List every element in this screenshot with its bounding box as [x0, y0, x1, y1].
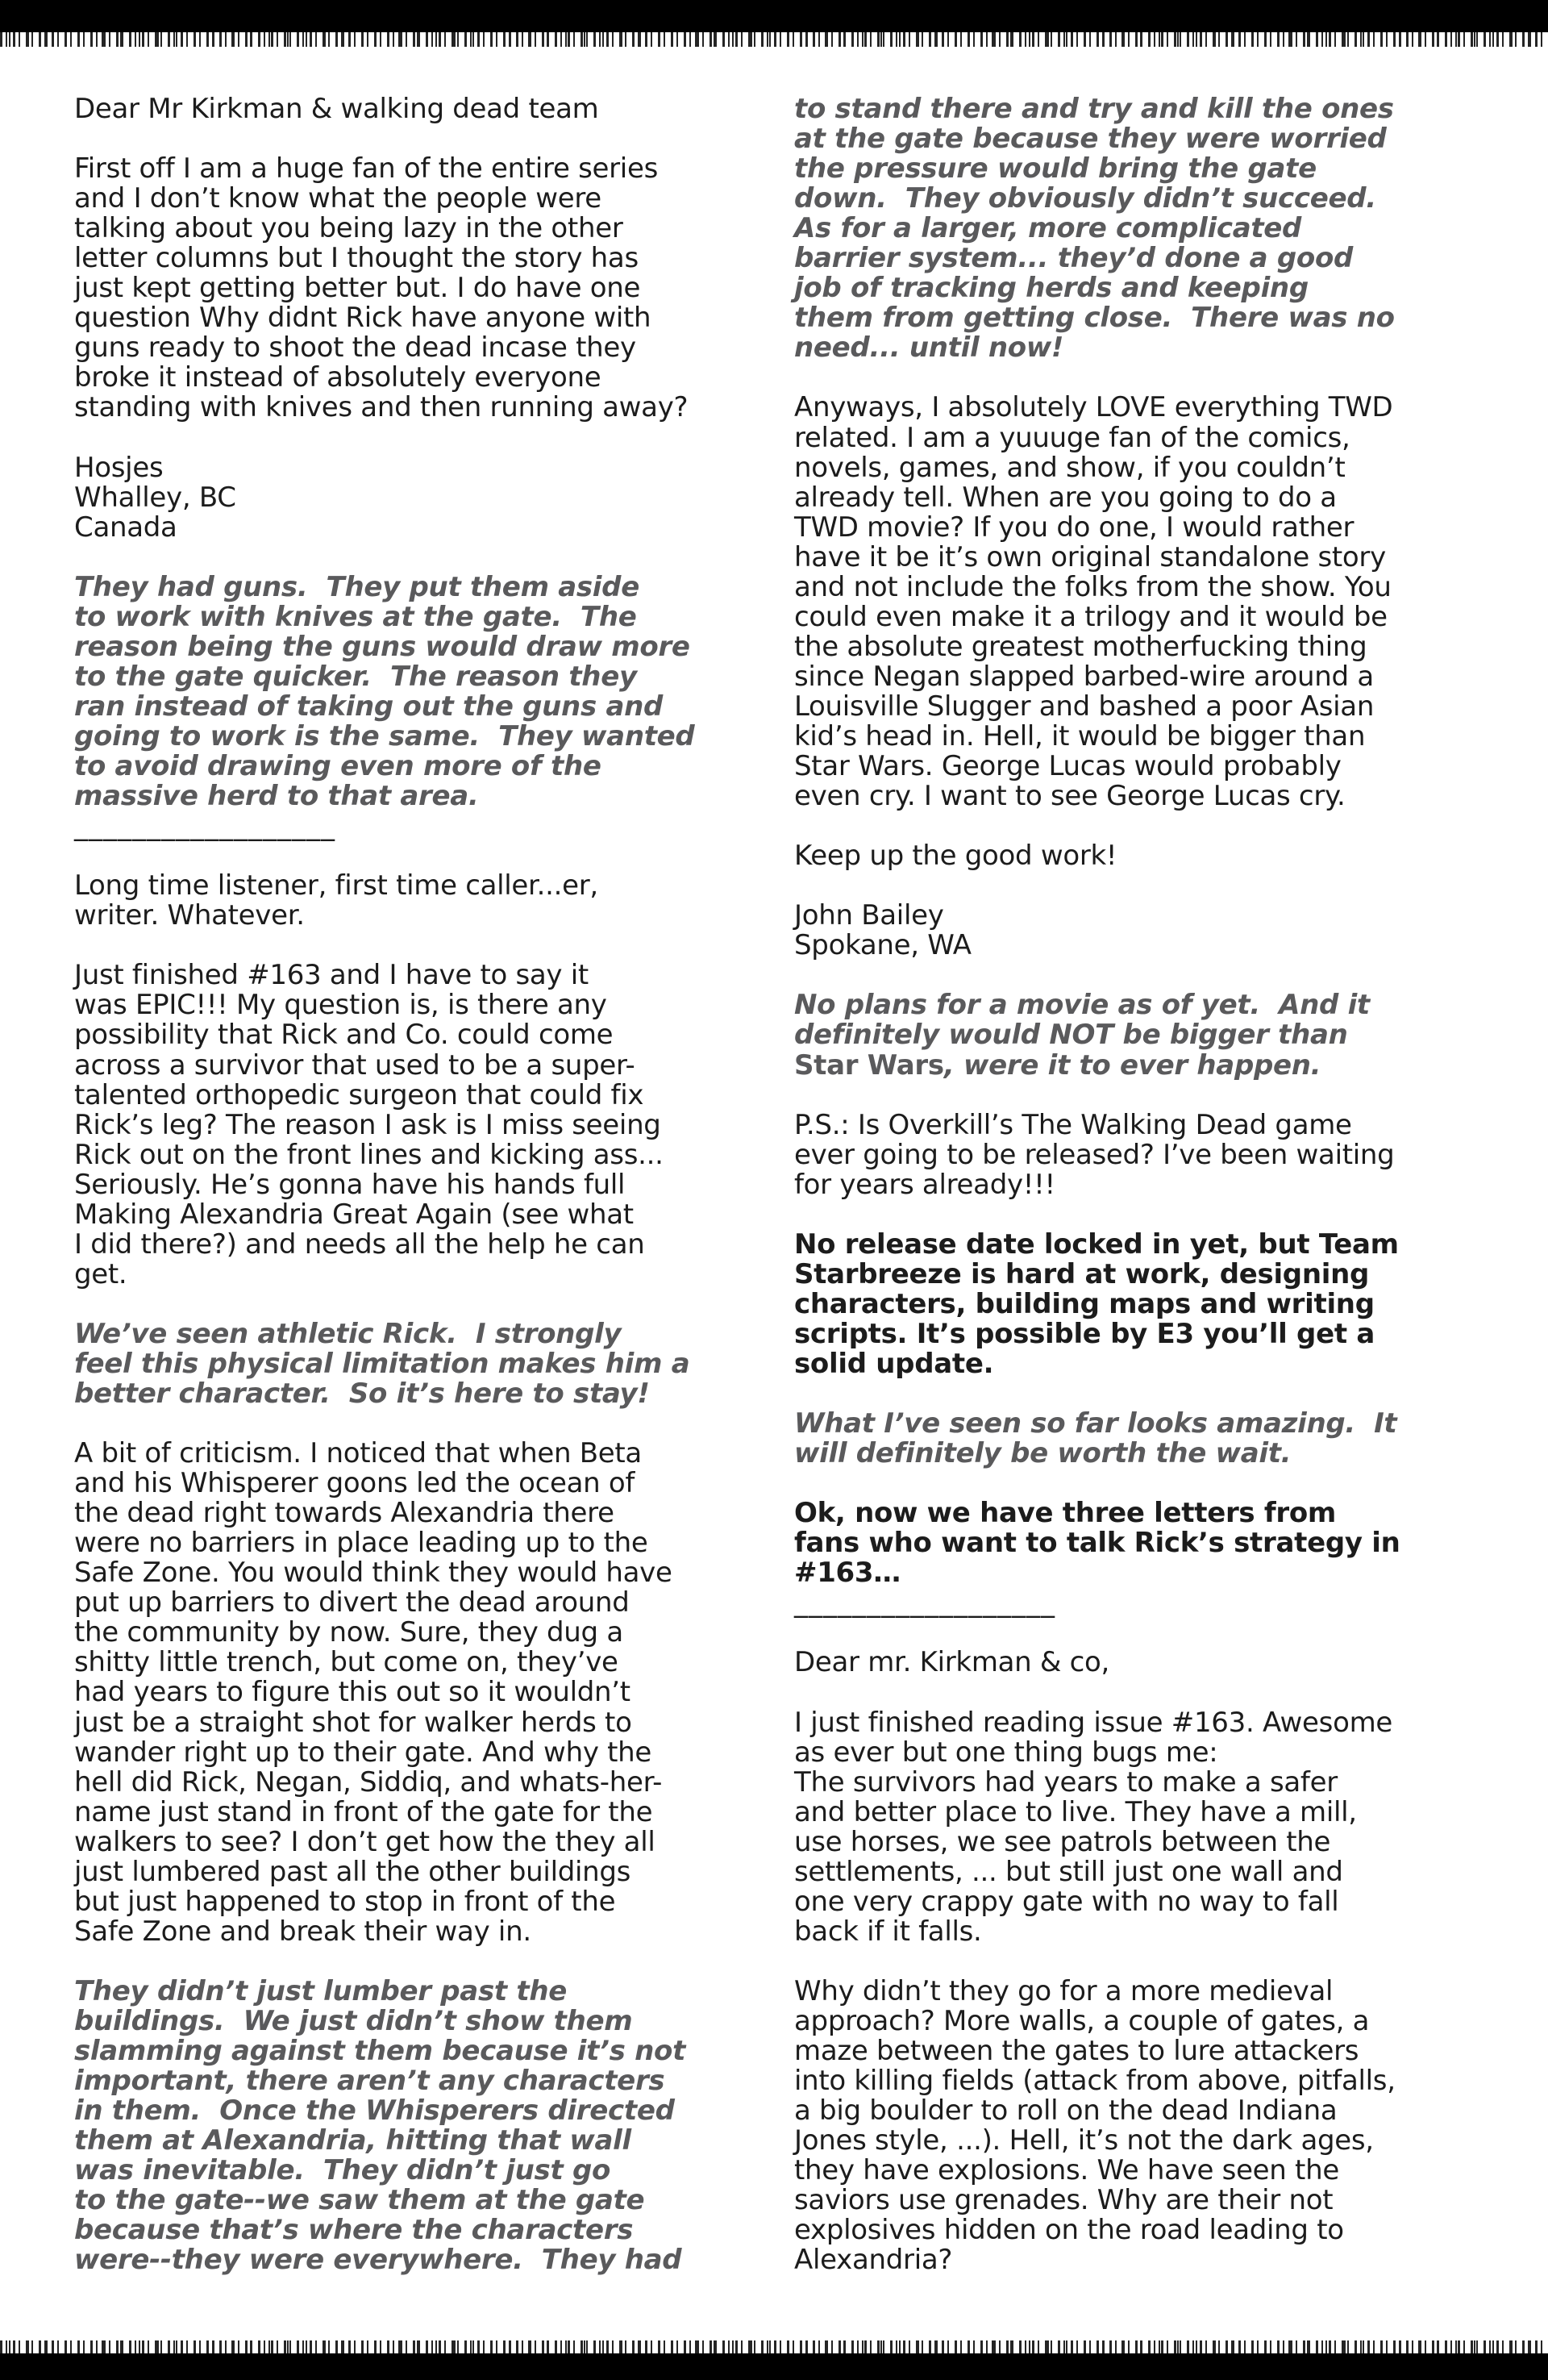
text-line: The survivors had years to make a safer — [794, 1768, 1504, 1798]
text-line: Anyways, I absolutely LOVE everything TW… — [794, 393, 1504, 423]
text-line: back if it falls. — [794, 1917, 1504, 1947]
text-line: writer. Whatever. — [74, 901, 784, 931]
text-line: the dead right towards Alexandria there — [74, 1498, 784, 1528]
text-line: settlements, ... but still just one wall… — [794, 1857, 1504, 1887]
text-line: No release date locked in yet, but Team — [794, 1230, 1504, 1260]
text-line: and not include the folks from the show.… — [794, 573, 1504, 602]
text-line: #163… — [794, 1558, 1504, 1588]
editor-reply-bold: No release date locked in yet, but Team … — [794, 1230, 1504, 1379]
text-line: Rick out on the front lines and kicking … — [74, 1140, 784, 1170]
rough-border-bottom — [0, 2353, 1548, 2380]
text-line: have it be it’s own original standalone … — [794, 543, 1504, 573]
text-line: standing with knives and then running aw… — [74, 393, 784, 423]
editor-reply: They had guns. They put them aside to wo… — [74, 573, 784, 811]
text-line: them at Alexandria, hitting that wall — [74, 2126, 784, 2156]
text-line: explosives hidden on the road leading to — [794, 2215, 1504, 2245]
text-line: characters, building maps and writing — [794, 1290, 1504, 1319]
text-line: approach? More walls, a couple of gates,… — [794, 2007, 1504, 2036]
text-line: Why didn’t they go for a more medieval — [794, 1977, 1504, 2007]
letter-body: Just finished #163 and I have to say it … — [74, 961, 784, 1290]
editor-reply: We’ve seen athletic Rick. I strongly fee… — [74, 1319, 784, 1409]
text-line: were no barriers in place leading up to … — [74, 1528, 784, 1558]
text-line: broke it instead of absolutely everyone — [74, 363, 784, 393]
text-line: job of tracking herds and keeping — [794, 273, 1504, 303]
separator-line: __________________ — [74, 811, 784, 841]
letter-body: I just finished reading issue #163. Awes… — [794, 1708, 1504, 1947]
text-line: and his Whisperer goons led the ocean of — [74, 1469, 784, 1498]
text-line: to the gate--we saw them at the gate — [74, 2186, 784, 2215]
signature-city: Whalley, BC — [74, 483, 784, 513]
text-line: but just happened to stop in front of th… — [74, 1887, 784, 1917]
text-line: already tell. When are you going to do a — [794, 483, 1504, 513]
editor-reply: No plans for a movie as of yet. And it d… — [794, 990, 1504, 1080]
text-line: and better place to live. They have a mi… — [794, 1798, 1504, 1828]
letter-body: A bit of criticism. I noticed that when … — [74, 1439, 784, 1947]
text-line: could even make it a trilogy and it woul… — [794, 602, 1504, 632]
text-line: related. I am a yuuuge fan of the comics… — [794, 423, 1504, 453]
text-line: fans who want to talk Rick’s strategy in — [794, 1528, 1504, 1558]
text-line: to work with knives at the gate. The — [74, 602, 784, 632]
text-line: Long time listener, first time caller...… — [74, 871, 784, 901]
star-wars-text: Star Wars — [794, 1049, 944, 1082]
text-line: wander right up to their gate. And why t… — [74, 1738, 784, 1768]
text-line: massive herd to that area. — [74, 782, 784, 811]
text-line: talented orthopedic surgeon that could f… — [74, 1081, 784, 1111]
signature-city: Spokane, WA — [794, 931, 1504, 961]
text-line: down. They obviously didn’t succeed. — [794, 184, 1504, 214]
text-line: guns ready to shoot the dead incase they — [74, 333, 784, 363]
text-line: even cry. I want to see George Lucas cry… — [794, 782, 1504, 811]
text-line: Louisville Slugger and bashed a poor Asi… — [794, 692, 1504, 722]
text-line: into killing fields (attack from above, … — [794, 2066, 1504, 2096]
text-line: the pressure would bring the gate — [794, 154, 1504, 184]
signature-name: Hosjes — [74, 453, 784, 483]
text-line: letter columns but I thought the story h… — [74, 244, 784, 273]
right-column: to stand there and try and kill the ones… — [794, 94, 1504, 2275]
text-line: a big boulder to roll on the dead Indian… — [794, 2096, 1504, 2126]
text-line: slamming against them because it’s not — [74, 2036, 784, 2066]
text-line: reason being the guns would draw more — [74, 632, 784, 662]
rough-border-top — [0, 0, 1548, 32]
text-line: question Why didnt Rick have anyone with — [74, 303, 784, 333]
signature-name: John Bailey — [794, 901, 1504, 931]
text-line: going to work is the same. They wanted — [74, 722, 784, 752]
text-line: ran instead of taking out the guns and — [74, 692, 784, 722]
section-intro: Ok, now we have three letters from fans … — [794, 1498, 1504, 1588]
text-line: Alexandria? — [794, 2245, 1504, 2275]
text-line: I just finished reading issue #163. Awes… — [794, 1708, 1504, 1738]
text-line: as ever but one thing bugs me: — [794, 1738, 1504, 1768]
text-line: Star Wars, were it to ever happen. — [794, 1051, 1504, 1081]
text-line: just be a straight shot for walker herds… — [74, 1708, 784, 1738]
letter-intro: Long time listener, first time caller...… — [74, 871, 784, 931]
text-line: They didn’t just lumber past the — [74, 1977, 784, 2007]
editor-reply: They didn’t just lumber past the buildin… — [74, 1977, 784, 2275]
text-line: was EPIC!!! My question is, is there any — [74, 990, 784, 1020]
text-line: What I’ve seen so far looks amazing. It — [794, 1409, 1504, 1439]
text-line: novels, games, and show, if you couldn’t — [794, 453, 1504, 483]
text-line: better character. So it’s here to stay! — [74, 1379, 784, 1409]
text-line: Jones style, ...). Hell, it’s not the da… — [794, 2126, 1504, 2156]
text-line: and I don’t know what the people were — [74, 184, 784, 214]
text-line: Star Wars. George Lucas would probably — [794, 752, 1504, 782]
text-line: buildings. We just didn’t show them — [74, 2007, 784, 2036]
text-line: First off I am a huge fan of the entire … — [74, 154, 784, 184]
letter-body: Anyways, I absolutely LOVE everything TW… — [794, 393, 1504, 811]
text-line: just kept getting better but. I do have … — [74, 273, 784, 303]
text-line: was inevitable. They didn’t just go — [74, 2156, 784, 2186]
text-line: to the gate quicker. The reason they — [74, 662, 784, 692]
text-line: feel this physical limitation makes him … — [74, 1349, 784, 1379]
text-line: They had guns. They put them aside — [74, 573, 784, 602]
text-line: We’ve seen athletic Rick. I strongly — [74, 1319, 784, 1349]
text-line: Seriously. He’s gonna have his hands ful… — [74, 1170, 784, 1200]
text-line: one very crappy gate with no way to fall — [794, 1887, 1504, 1917]
text-line: the community by now. Sure, they dug a — [74, 1618, 784, 1648]
letter-postscript: P.S.: Is Overkill’s The Walking Dead gam… — [794, 1111, 1504, 1200]
text-line: since Negan slapped barbed-wire around a — [794, 662, 1504, 692]
text-line: TWD movie? If you do one, I would rather — [794, 513, 1504, 543]
text-line: solid update. — [794, 1349, 1504, 1379]
text-line: will definitely be worth the wait. — [794, 1439, 1504, 1469]
text-line: get. — [74, 1260, 784, 1290]
text-line: in them. Once the Whisperers directed — [74, 2096, 784, 2126]
text-line: I did there?) and needs all the help he … — [74, 1230, 784, 1260]
text-line: to avoid drawing even more of the — [74, 752, 784, 782]
text-line: Safe Zone and break their way in. — [74, 1917, 784, 1947]
text-line: ever going to be released? I’ve been wai… — [794, 1140, 1504, 1170]
text-line: the absolute greatest motherfucking thin… — [794, 632, 1504, 662]
text-line: As for a larger, more complicated — [794, 214, 1504, 244]
text-line: talking about you being lazy in the othe… — [74, 214, 784, 244]
text-line: possibility that Rick and Co. could come — [74, 1020, 784, 1050]
text-line: put up barriers to divert the dead aroun… — [74, 1588, 784, 1618]
letter-greeting: Dear Mr Kirkman & walking dead team — [74, 94, 784, 124]
text-line: No plans for a movie as of yet. And it — [794, 990, 1504, 1020]
text-line: Ok, now we have three letters from — [794, 1498, 1504, 1528]
text-line: across a survivor that used to be a supe… — [74, 1051, 784, 1081]
text-line: Rick’s leg? The reason I ask is I miss s… — [74, 1111, 784, 1140]
left-column: Dear Mr Kirkman & walking dead team Firs… — [74, 94, 784, 2275]
editor-reply-continued: to stand there and try and kill the ones… — [794, 94, 1504, 363]
text-line: need... until now! — [794, 333, 1504, 363]
text-line: Just finished #163 and I have to say it — [74, 961, 784, 990]
text-line: to stand there and try and kill the ones — [794, 94, 1504, 124]
letter-greeting: Dear mr. Kirkman & co, — [794, 1648, 1504, 1678]
text-line: saviors use grenades. Why are their not — [794, 2186, 1504, 2215]
text-line: important, there aren’t any characters — [74, 2066, 784, 2096]
text-line: Starbreeze is hard at work, designing — [794, 1260, 1504, 1290]
text-line: them from getting close. There was no — [794, 303, 1504, 333]
text-line: kid’s head in. Hell, it would be bigger … — [794, 722, 1504, 752]
separator-line: __________________ — [794, 1588, 1504, 1618]
editor-reply: What I’ve seen so far looks amazing. It … — [794, 1409, 1504, 1469]
text-line: walkers to see? I don’t get how the they… — [74, 1828, 784, 1857]
text-line: shitty little trench, but come on, they’… — [74, 1648, 784, 1678]
text-line: for years already!!! — [794, 1170, 1504, 1200]
text-line: A bit of criticism. I noticed that when … — [74, 1439, 784, 1469]
letter-signature: John Bailey Spokane, WA — [794, 901, 1504, 961]
letter-body: First off I am a huge fan of the entire … — [74, 154, 784, 423]
text-line: use horses, we see patrols between the — [794, 1828, 1504, 1857]
text-line: barrier system... they’d done a good — [794, 244, 1504, 273]
text-line: because that’s where the characters — [74, 2215, 784, 2245]
text-line: at the gate because they were worried — [794, 124, 1504, 154]
text-line: scripts. It’s possible by E3 you’ll get … — [794, 1319, 1504, 1349]
text-line: had years to figure this out so it would… — [74, 1678, 784, 1707]
text-line: definitely would NOT be bigger than — [794, 1020, 1504, 1050]
signature-country: Canada — [74, 513, 784, 543]
letter-closing: Keep up the good work! — [794, 841, 1504, 871]
letter-signature: Hosjes Whalley, BC Canada — [74, 453, 784, 543]
letter-body: Why didn’t they go for a more medieval a… — [794, 1977, 1504, 2275]
text-line: hell did Rick, Negan, Siddiq, and whats-… — [74, 1768, 784, 1798]
text-line: Making Alexandria Great Again (see what — [74, 1200, 784, 1230]
text-line: name just stand in front of the gate for… — [74, 1798, 784, 1828]
text-fragment: , were it to ever happen. — [944, 1049, 1321, 1082]
text-line: maze between the gates to lure attackers — [794, 2036, 1504, 2066]
text-line: they have explosions. We have seen the — [794, 2156, 1504, 2186]
text-line: were--they were everywhere. They had — [74, 2245, 784, 2275]
text-line: Safe Zone. You would think they would ha… — [74, 1558, 784, 1588]
text-line: just lumbered past all the other buildin… — [74, 1857, 784, 1887]
text-line: P.S.: Is Overkill’s The Walking Dead gam… — [794, 1111, 1504, 1140]
